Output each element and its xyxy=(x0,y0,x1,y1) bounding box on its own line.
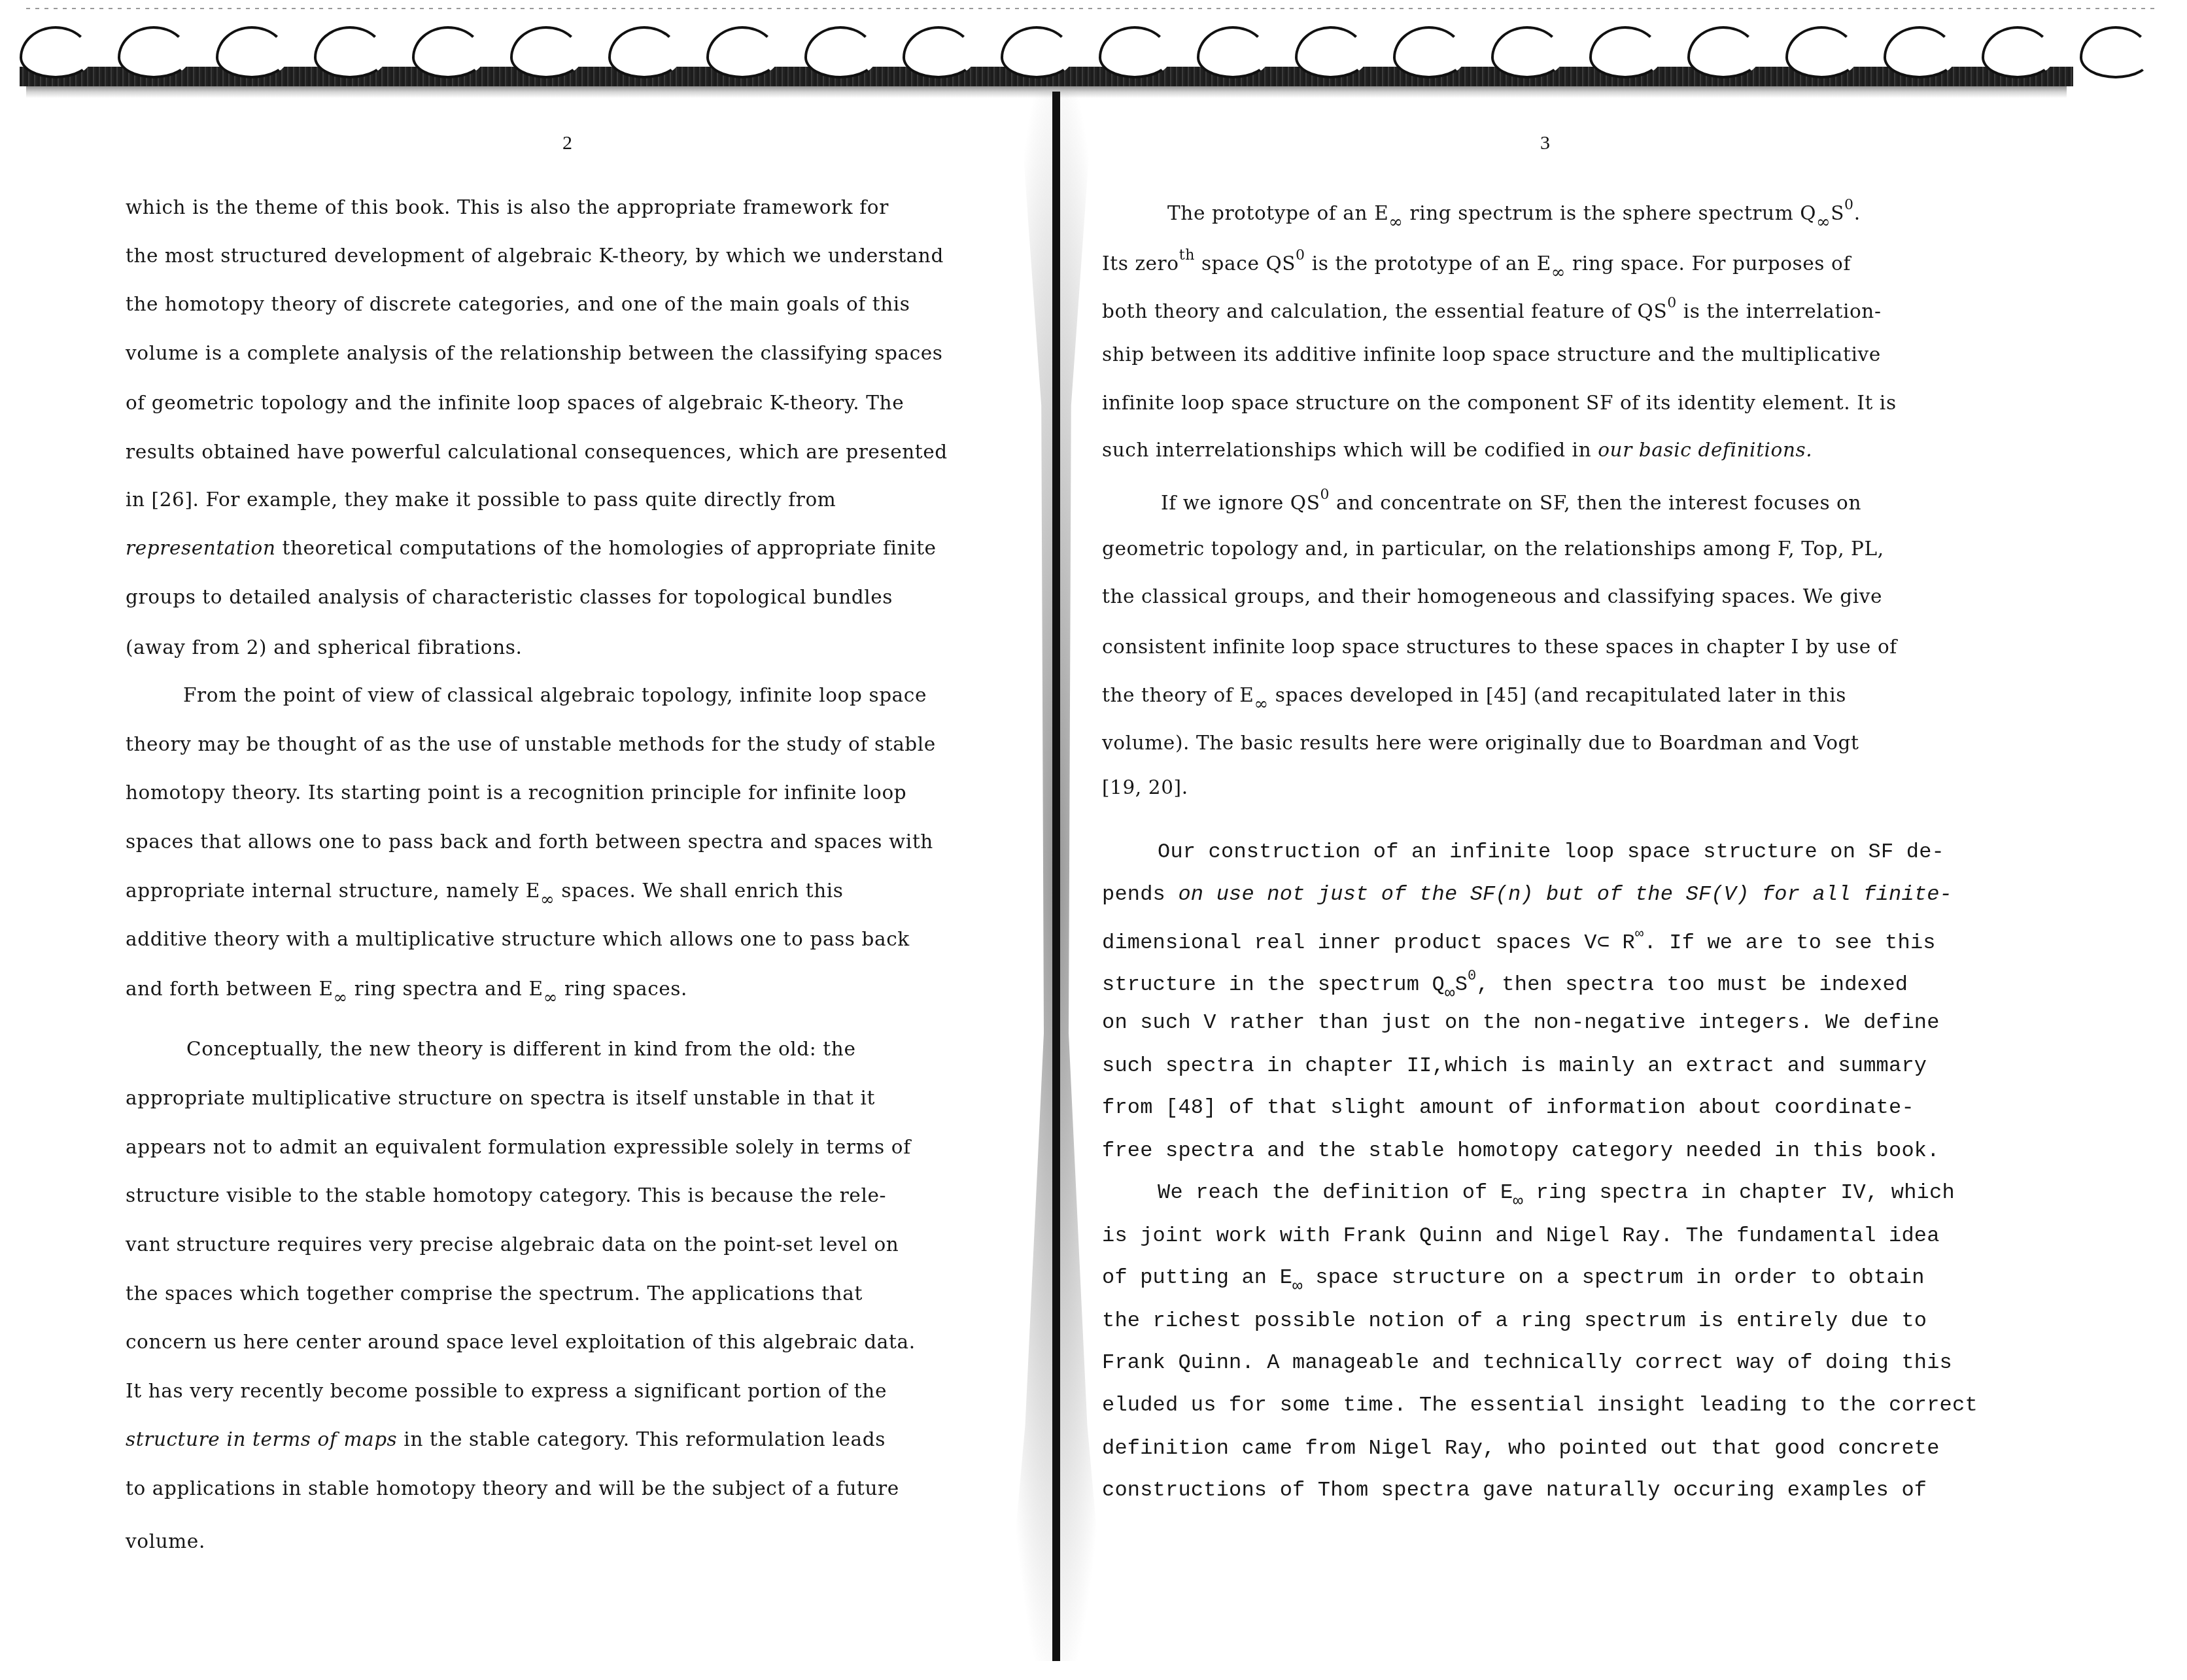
superscript-zero: 0 xyxy=(1320,487,1330,503)
text-fragment: ring spaces. xyxy=(558,978,687,1000)
infinity-subscript: ∞ xyxy=(1551,263,1566,283)
text-line: the spaces which together comprise the s… xyxy=(126,1284,863,1304)
text-fragment: and forth between E xyxy=(126,978,334,1000)
text-line: the homotopy theory of discrete categori… xyxy=(126,295,910,315)
text-line: the richest possible notion of a ring sp… xyxy=(1102,1311,1927,1331)
paragraph-start-line: Conceptually, the new theory is differen… xyxy=(186,1040,855,1059)
text-fragment: the theory of E xyxy=(1102,684,1254,706)
binding-coil-icon xyxy=(706,26,778,78)
binding-coil-icon xyxy=(804,26,876,78)
binding-coil-icon xyxy=(903,26,974,78)
binding-coil-icon xyxy=(1001,26,1073,78)
text-line: structure in the spectrum Q∞S0, then spe… xyxy=(1102,969,1908,1002)
infinity-subscript: ∞ xyxy=(1292,1277,1303,1296)
infinity-subscript: ∞ xyxy=(540,890,555,910)
paragraph-start-line: The prototype of an E∞ ring spectrum is … xyxy=(1167,198,1861,231)
subset-symbol: ⊂ xyxy=(1597,931,1610,955)
infinity-subscript: ∞ xyxy=(543,988,558,1008)
text-line: Frank Quinn. A manageable and technicall… xyxy=(1102,1352,1952,1373)
right-page-number: 3 xyxy=(1540,132,1550,154)
text-line: both theory and calculation, the essenti… xyxy=(1102,296,1882,322)
text-line: the classical groups, and their homogene… xyxy=(1102,587,1882,607)
text-line: the theory of E∞ spaces developed in [45… xyxy=(1102,686,1846,713)
text-line: homotopy theory. Its starting point is a… xyxy=(126,783,906,803)
text-line: infinite loop space structure on the com… xyxy=(1102,394,1897,413)
text-line: such spectra in chapter II,which is main… xyxy=(1102,1055,1927,1076)
infinity-subscript: ∞ xyxy=(1513,1191,1523,1211)
text-line: geometric topology and, in particular, o… xyxy=(1102,540,1884,559)
binding-coil-icon xyxy=(1099,26,1171,78)
text-fragment: both theory and calculation, the essenti… xyxy=(1102,300,1667,322)
binding-coil-icon xyxy=(1884,26,1955,78)
text-fragment: structure in the spectrum Q xyxy=(1102,972,1445,997)
text-line: [19, 20]. xyxy=(1102,778,1188,798)
text-line: structure visible to the stable homotopy… xyxy=(126,1186,886,1206)
text-fragment: ring space. For purposes of xyxy=(1566,252,1851,275)
page-top-edge xyxy=(26,8,2158,9)
text-line: eluded us for some time. The essential i… xyxy=(1102,1395,1978,1416)
text-line: is joint work with Frank Quinn and Nigel… xyxy=(1102,1226,1940,1246)
left-page-number: 2 xyxy=(562,132,572,154)
italic-text: structure in terms of maps xyxy=(126,1428,397,1450)
book-spine xyxy=(1052,92,1060,1661)
text-line: volume is a complete analysis of the rel… xyxy=(126,344,943,364)
text-fragment: pends xyxy=(1102,882,1178,906)
text-line: spaces that allows one to pass back and … xyxy=(126,832,933,852)
binding-coil-icon xyxy=(1687,26,1759,78)
binding-coil-icon xyxy=(1197,26,1269,78)
text-line: the most structured development of algeb… xyxy=(126,247,944,266)
text-line: theory may be thought of as the use of u… xyxy=(126,735,936,755)
text-fragment: , then spectra too must be indexed xyxy=(1477,972,1908,997)
infinity-subscript: ∞ xyxy=(1388,213,1403,232)
paragraph-start-line: We reach the definition of E∞ ring spect… xyxy=(1158,1182,1955,1210)
text-fragment: If we ignore QS xyxy=(1161,492,1320,514)
superscript-zero: 0 xyxy=(1468,968,1476,984)
text-line: and forth between E∞ ring spectra and E∞… xyxy=(126,980,687,1006)
text-fragment: and concentrate on SF, then the interest… xyxy=(1330,492,1861,514)
text-line: representation theoretical computations … xyxy=(126,539,937,558)
text-line: appropriate multiplicative structure on … xyxy=(126,1089,875,1108)
infinity-subscript: ∞ xyxy=(1816,213,1831,232)
binding-coil-icon xyxy=(118,26,190,78)
superscript-zero: 0 xyxy=(1844,197,1854,213)
text-fragment: space QS xyxy=(1195,252,1296,275)
text-fragment: theoretical computations of the homologi… xyxy=(276,537,937,559)
superscript-zero: 0 xyxy=(1667,295,1677,311)
text-fragment: in the stable category. This reformulati… xyxy=(397,1428,886,1450)
text-line: volume. xyxy=(126,1532,205,1552)
infinity-subscript: ∞ xyxy=(334,988,348,1008)
text-fragment: Its zero xyxy=(1102,252,1179,275)
text-fragment: S xyxy=(1831,202,1844,224)
text-line: groups to detailed analysis of character… xyxy=(126,588,893,608)
italic-text: representation xyxy=(126,537,276,559)
text-line: ship between its additive infinite loop … xyxy=(1102,345,1881,365)
text-fragment: S xyxy=(1455,972,1468,997)
text-fragment: spaces developed in [45] (and recapitula… xyxy=(1269,684,1846,706)
binding-coil-icon xyxy=(2080,26,2152,78)
binding-coil-icon xyxy=(510,26,582,78)
text-fragment: dimensional real inner product spaces V xyxy=(1102,931,1597,955)
binding-coil-icon xyxy=(1589,26,1661,78)
text-line: It has very recently become possible to … xyxy=(126,1382,887,1401)
text-line: free spectra and the stable homotopy cat… xyxy=(1102,1140,1940,1161)
text-line: constructions of Thom spectra gave natur… xyxy=(1102,1480,1927,1501)
text-line: appears not to admit an equivalent formu… xyxy=(126,1138,911,1157)
superscript-th: th xyxy=(1179,247,1195,264)
text-fragment: ring spectrum is the sphere spectrum Q xyxy=(1403,202,1816,224)
text-line: in [26]. For example, they make it possi… xyxy=(126,490,836,510)
infinity-subscript: ∞ xyxy=(1254,694,1269,714)
infinity-superscript: ∞ xyxy=(1635,926,1644,942)
paragraph-start-line: If we ignore QS0 and concentrate on SF, … xyxy=(1161,488,1861,513)
text-fragment: is the prototype of an E xyxy=(1305,252,1551,275)
text-line: volume). The basic results here were ori… xyxy=(1102,734,1859,753)
text-fragment: . xyxy=(1854,202,1861,224)
text-line: which is the theme of this book. This is… xyxy=(126,198,889,218)
italic-text: our basic definitions. xyxy=(1598,439,1812,461)
text-line: definition came from Nigel Ray, who poin… xyxy=(1102,1438,1940,1459)
text-line: appropriate internal structure, namely E… xyxy=(126,882,844,908)
text-line: consistent infinite loop space structure… xyxy=(1102,638,1897,657)
text-fragment: We reach the definition of E xyxy=(1158,1180,1513,1205)
text-line: pends on use not just of the SF(n) but o… xyxy=(1102,884,1952,905)
spiral-binding xyxy=(20,26,2073,98)
binding-coil-icon xyxy=(1295,26,1367,78)
binding-coil-icon xyxy=(314,26,386,78)
text-line: concern us here center around space leve… xyxy=(126,1333,916,1352)
paragraph-start-line: Our construction of an infinite loop spa… xyxy=(1158,842,1944,863)
paragraph-start-line: From the point of view of classical alge… xyxy=(183,686,927,706)
scanned-book-spread: 2 3 which is the theme of this book. Thi… xyxy=(0,0,2187,1680)
binding-coil-icon xyxy=(412,26,484,78)
italic-text: on use not just of the SF(n) but of the … xyxy=(1178,882,1952,906)
text-line: results obtained have powerful calculati… xyxy=(126,443,948,462)
superscript-zero: 0 xyxy=(1296,247,1305,264)
text-line: from [48] of that slight amount of infor… xyxy=(1102,1097,1914,1118)
text-line: of putting an E∞ space structure on a sp… xyxy=(1102,1267,1925,1295)
text-fragment: . If we are to see this xyxy=(1644,931,1935,955)
text-fragment: ring spectra in chapter IV, which xyxy=(1523,1180,1955,1205)
binding-coil-icon xyxy=(1491,26,1563,78)
text-line: on such V rather than just on the non-ne… xyxy=(1102,1012,1940,1033)
text-line: such interrelationships which will be co… xyxy=(1102,441,1812,460)
text-fragment: is the interrelation- xyxy=(1677,300,1882,322)
text-line: of geometric topology and the infinite l… xyxy=(126,394,904,413)
text-line: Its zeroth space QS0 is the prototype of… xyxy=(1102,249,1851,281)
text-fragment: of putting an E xyxy=(1102,1265,1292,1290)
text-line: (away from 2) and spherical fibrations. xyxy=(126,638,522,658)
binding-coil-icon xyxy=(1982,26,2054,78)
binding-coil-icon xyxy=(608,26,680,78)
text-line: additive theory with a multiplicative st… xyxy=(126,930,910,950)
text-fragment: The prototype of an E xyxy=(1167,202,1388,224)
infinity-subscript: ∞ xyxy=(1445,984,1455,1003)
binding-coil-icon xyxy=(20,26,92,78)
text-fragment: R xyxy=(1610,931,1635,955)
binding-coil-icon xyxy=(1393,26,1465,78)
text-fragment: appropriate internal structure, namely E xyxy=(126,880,540,902)
binding-coil-icon xyxy=(216,26,288,78)
text-line: to applications in stable homotopy theor… xyxy=(126,1479,899,1499)
text-fragment: such interrelationships which will be co… xyxy=(1102,439,1598,461)
text-line: dimensional real inner product spaces V⊂… xyxy=(1102,927,1936,953)
text-line: vant structure requires very precise alg… xyxy=(126,1235,899,1255)
text-fragment: ring spectra and E xyxy=(348,978,543,1000)
text-line: structure in terms of maps in the stable… xyxy=(126,1430,886,1450)
binding-coil-icon xyxy=(1785,26,1857,78)
text-fragment: space structure on a spectrum in order t… xyxy=(1303,1265,1925,1290)
text-fragment: spaces. We shall enrich this xyxy=(555,880,843,902)
